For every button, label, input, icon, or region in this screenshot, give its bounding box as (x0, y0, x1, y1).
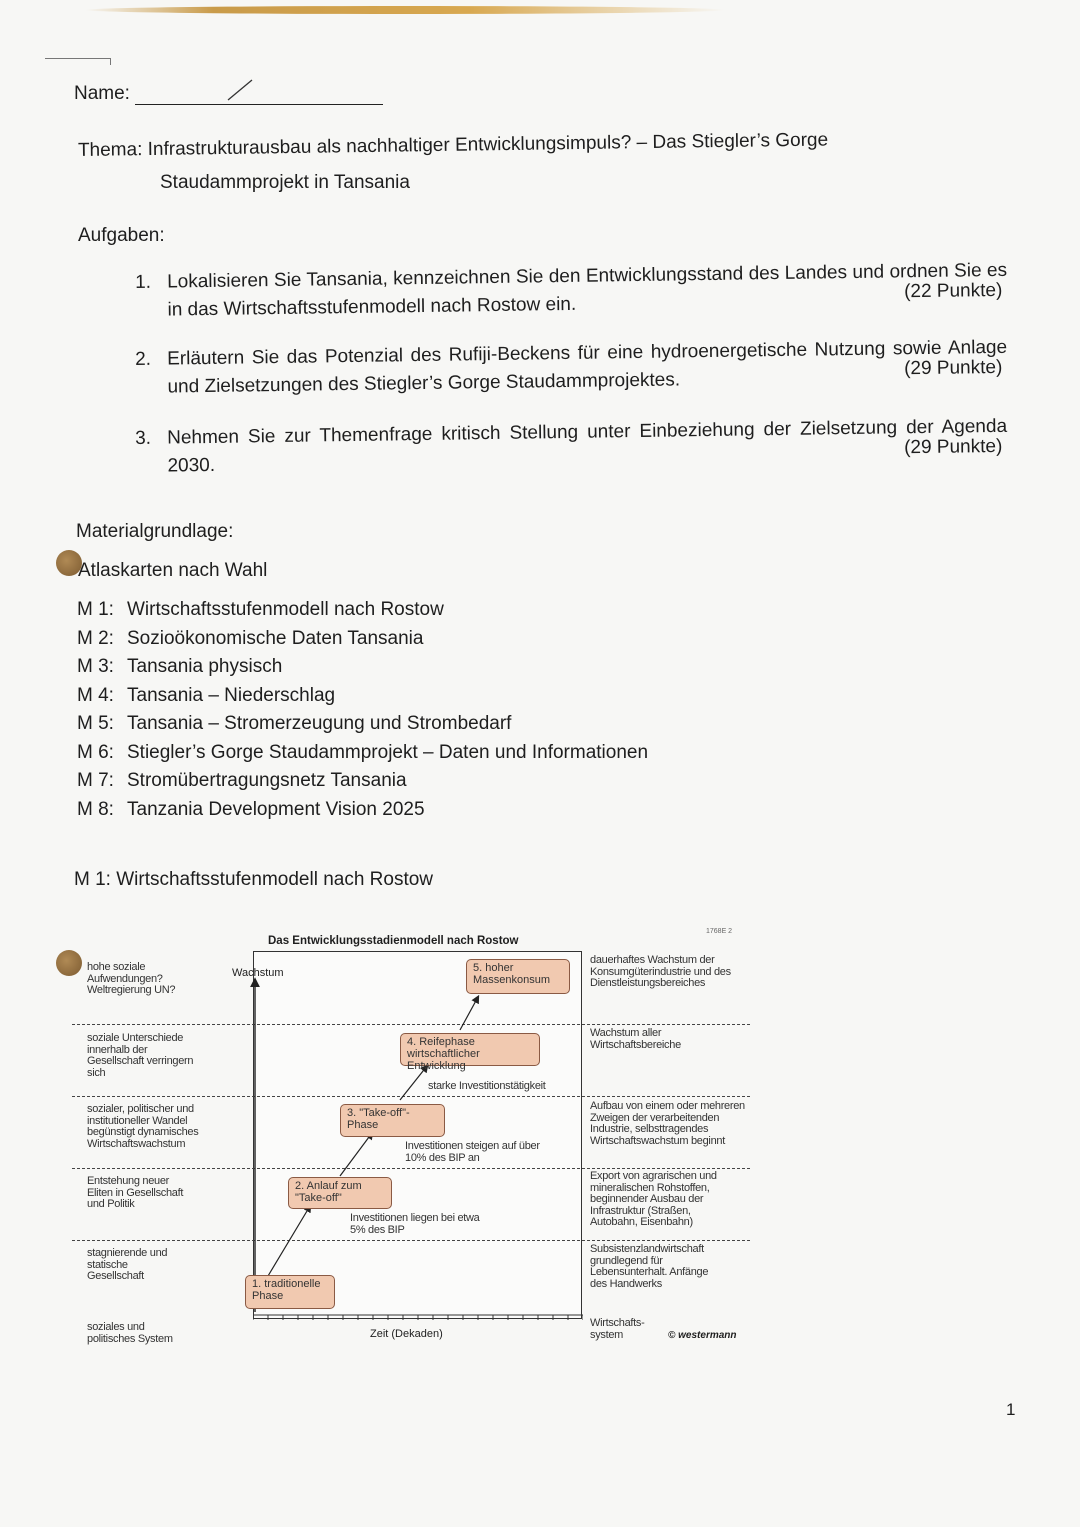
pen-stroke-icon (225, 78, 255, 102)
name-field[interactable] (135, 104, 383, 105)
social-stage-5: hohe soziale Aufwendungen? Weltregierung… (87, 962, 197, 997)
social-column-label: soziales und politisches System (87, 1322, 187, 1345)
annotation-investment-10: Investitionen steigen auf über 10% des B… (405, 1141, 545, 1164)
material-item: M 4:Tansania – Niederschlag (77, 682, 648, 711)
social-stage-1: stagnierende und statische Gesellschaft (87, 1248, 182, 1283)
economy-stage-5: dauerhaftes Wachstum der Konsumgüterindu… (590, 955, 750, 990)
economy-stage-3: Aufbau von einem oder mehreren Zweigen d… (590, 1101, 750, 1147)
stage-divider (72, 1168, 750, 1169)
economy-column-label: Wirtschafts-system (590, 1318, 660, 1341)
task-points: (29 Punkte) (904, 357, 1003, 380)
task-1: 1. Lokalisieren Sie Tansania, kennzeichn… (135, 260, 1010, 272)
annotation-investment-5: Investitionen liegen bei etwa 5% des BIP (350, 1213, 480, 1236)
task-text: in das Wirtschaftsstufenmodell nach Rost… (167, 294, 576, 322)
task-text: Erläutern Sie das Potenzial des Rufiji-B… (167, 337, 1007, 371)
stage-divider (72, 1096, 750, 1097)
stage-box-1: 1. traditionelle Phase (245, 1275, 335, 1309)
atlas-note: Atlaskarten nach Wahl (78, 560, 267, 582)
stage-box-3: 3. "Take-off"-Phase (340, 1104, 445, 1137)
task-points: (29 Punkte) (904, 436, 1003, 459)
social-stage-3: sozialer, politischer und institutionell… (87, 1104, 217, 1150)
task-3: 3. Nehmen Sie zur Themenfrage kritisch S… (135, 416, 1010, 428)
stage-divider (72, 1240, 750, 1241)
stage-box-5: 5. hoher Massenkonsum (466, 959, 570, 994)
copyright: © westermann (668, 1330, 737, 1341)
economy-stage-4: Wachstum aller Wirtschaftsbereiche (590, 1028, 710, 1051)
topic-line-2: Staudammprojekt in Tansania (160, 172, 410, 194)
task-text: und Zielsetzungen des Stiegler’s Gorge S… (167, 369, 680, 398)
material-item: M 2:Sozioökonomische Daten Tansania (77, 625, 648, 654)
punch-hole-icon (56, 950, 82, 976)
material-item: M 3:Tansania physisch (77, 653, 648, 682)
materials-heading: Materialgrundlage: (76, 521, 233, 543)
diagram-title: Das Entwicklungsstadienmodell nach Rosto… (268, 935, 519, 947)
task-text: Nehmen Sie zur Themenfrage kritisch Stel… (167, 416, 1007, 450)
economy-stage-1: Subsistenzlandwirtschaft grundlegend für… (590, 1244, 715, 1290)
material-item: M 6:Stiegler’s Gorge Staudammprojekt – D… (77, 739, 648, 768)
stage-divider (72, 1024, 750, 1025)
name-label: Name: (74, 83, 130, 105)
material-item: M 1:Wirtschaftsstufenmodell nach Rostow (77, 596, 648, 625)
material-item: M 8:Tanzania Development Vision 2025 (77, 796, 648, 825)
page-edge-shadow (85, 6, 725, 14)
topic-line-1: Thema: Infrastrukturausbau als nachhalti… (78, 130, 828, 162)
stage-box-4: 4. Reifephase wirtschaftlicher Entwicklu… (400, 1033, 540, 1066)
task-2: 2. Erläutern Sie das Potenzial des Rufij… (135, 337, 1010, 349)
stage-box-2: 2. Anlauf zum "Take-off" (288, 1177, 392, 1209)
task-number: 2. (135, 349, 151, 371)
y-axis-label: Wachstum (232, 967, 284, 979)
social-stage-2: Entstehung neuer Eliten in Gesellschaft … (87, 1176, 187, 1211)
m1-heading: M 1: Wirtschaftsstufenmodell nach Rostow (74, 869, 433, 891)
corner-mark (45, 58, 111, 65)
annotation-strong-investment: starke Investitionstätigkeit (428, 1081, 578, 1093)
page-number: 1 (1006, 1400, 1015, 1420)
material-item: M 7:Stromübertragungsnetz Tansania (77, 767, 648, 796)
economy-stage-2: Export von agrarischen und mineralischen… (590, 1171, 740, 1229)
diagram-code: 1768E 2 (706, 928, 732, 935)
task-text: 2030. (167, 455, 215, 478)
material-item: M 5:Tansania – Stromerzeugung und Stromb… (77, 710, 648, 739)
task-number: 1. (135, 272, 151, 294)
x-axis-ticks (253, 1313, 583, 1321)
social-stage-4: soziale Unterschiede innerhalb der Gesel… (87, 1033, 199, 1079)
task-text: Lokalisieren Sie Tansania, kennzeichnen … (167, 260, 1007, 294)
tasks-heading: Aufgaben: (78, 225, 165, 247)
task-number: 3. (135, 428, 151, 450)
x-axis-label: Zeit (Dekaden) (370, 1328, 443, 1340)
task-points: (22 Punkte) (904, 280, 1003, 303)
materials-list: M 1:Wirtschaftsstufenmodell nach Rostow … (77, 596, 648, 824)
